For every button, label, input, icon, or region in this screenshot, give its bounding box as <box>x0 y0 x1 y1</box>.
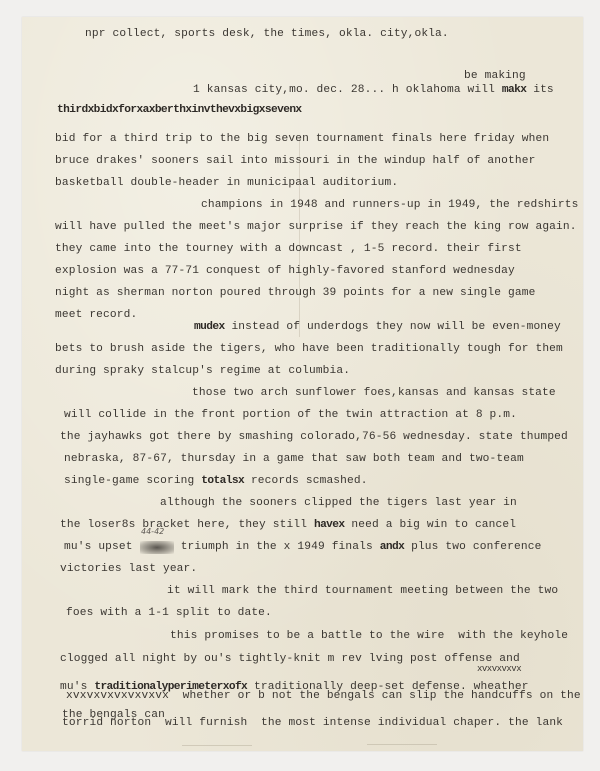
body-line: bets to brush aside the tigers, who have… <box>55 343 563 356</box>
body-line: mu's upset 44-39 triumph in the x 1949 f… <box>64 541 542 554</box>
body-line: will collide in the front portion of the… <box>64 409 517 422</box>
paragraph-start: although the sooners clipped the tigers … <box>160 497 517 510</box>
body-line: during spraky stalcup's regime at columb… <box>55 365 350 378</box>
dispatch-header: npr collect, sports desk, the times, okl… <box>85 28 449 41</box>
body-text-after: triumph in the x 1949 finals <box>174 541 380 553</box>
body-line: they came into the tourney with a downca… <box>55 243 522 256</box>
body-line: the loser8s bracket here, they still hav… <box>60 519 516 532</box>
dateline: 1 kansas city,mo. dec. 28... h oklahoma … <box>193 84 554 97</box>
paragraph-start: it will mark the third tournament meetin… <box>167 585 558 598</box>
paragraph-start: those two arch sunflower foes,kansas and… <box>192 387 556 400</box>
body-line: foes with a 1-1 split to date. <box>66 607 272 620</box>
paragraph-start: this promises to be a battle to the wire… <box>170 630 568 643</box>
body-text: mu's upset <box>64 541 140 553</box>
body-line-overtyped: xvxvxvxvxvxvxvx whether or b not the ben… <box>66 690 581 703</box>
struck-text: havex <box>314 519 345 531</box>
body-text: single-game scoring <box>64 475 201 487</box>
struck-text: totalsx <box>201 475 244 487</box>
body-line: the jayhawks got there by smashing color… <box>60 431 568 444</box>
body-text: the loser8s bracket here, they still <box>60 519 314 531</box>
body-line: basketball double-header in municipaal a… <box>55 177 398 190</box>
body-text-after: plus two conference <box>404 541 541 553</box>
body-line: meet record. <box>55 309 137 322</box>
body-line: will have pulled the meet's major surpri… <box>55 221 577 234</box>
paper-crease-mark <box>367 744 437 745</box>
body-line: bruce drakes' sooners sail into missouri… <box>55 155 535 168</box>
body-line: torrid norton will furnish the most inte… <box>62 717 563 730</box>
ink-blot-correction: 44-39 <box>140 541 174 554</box>
body-line: victories last year. <box>60 563 197 576</box>
struck-text: makx <box>502 84 526 96</box>
struck-line: thirdxbidxforxaxberthxinvthevxbigxsevenx <box>57 104 302 117</box>
paper-crease-mark <box>182 745 252 746</box>
typed-insert-above: be making <box>464 70 526 83</box>
body-line: night as sherman norton poured through 3… <box>55 287 535 300</box>
body-text-after: need a big win to cancel <box>345 519 517 531</box>
body-text-after: records scmashed. <box>244 475 368 487</box>
body-line: clogged all night by ou's tightly-knit m… <box>60 653 520 666</box>
body-line: explosion was a 77-71 conquest of highly… <box>55 265 515 278</box>
struck-text: andx <box>380 541 404 553</box>
handwritten-correction: 44-42 <box>141 527 164 536</box>
struck-text: mudex <box>194 321 225 333</box>
body-line: single-game scoring totalsx records scma… <box>64 475 368 488</box>
paragraph-start: mudex instead of underdogs they now will… <box>194 321 561 334</box>
paragraph-start: champions in 1948 and runners-up in 1949… <box>201 199 579 212</box>
paragraph-text: instead of underdogs they now will be ev… <box>225 321 561 333</box>
dateline-text-after: its <box>526 84 553 96</box>
typed-overstrike: xvxvxvxvx <box>477 663 521 676</box>
dateline-text: 1 kansas city,mo. dec. 28... h oklahoma … <box>193 84 502 96</box>
body-line: bid for a third trip to the big seven to… <box>55 133 549 146</box>
body-line: nebraska, 87-67, thursday in a game that… <box>64 453 524 466</box>
